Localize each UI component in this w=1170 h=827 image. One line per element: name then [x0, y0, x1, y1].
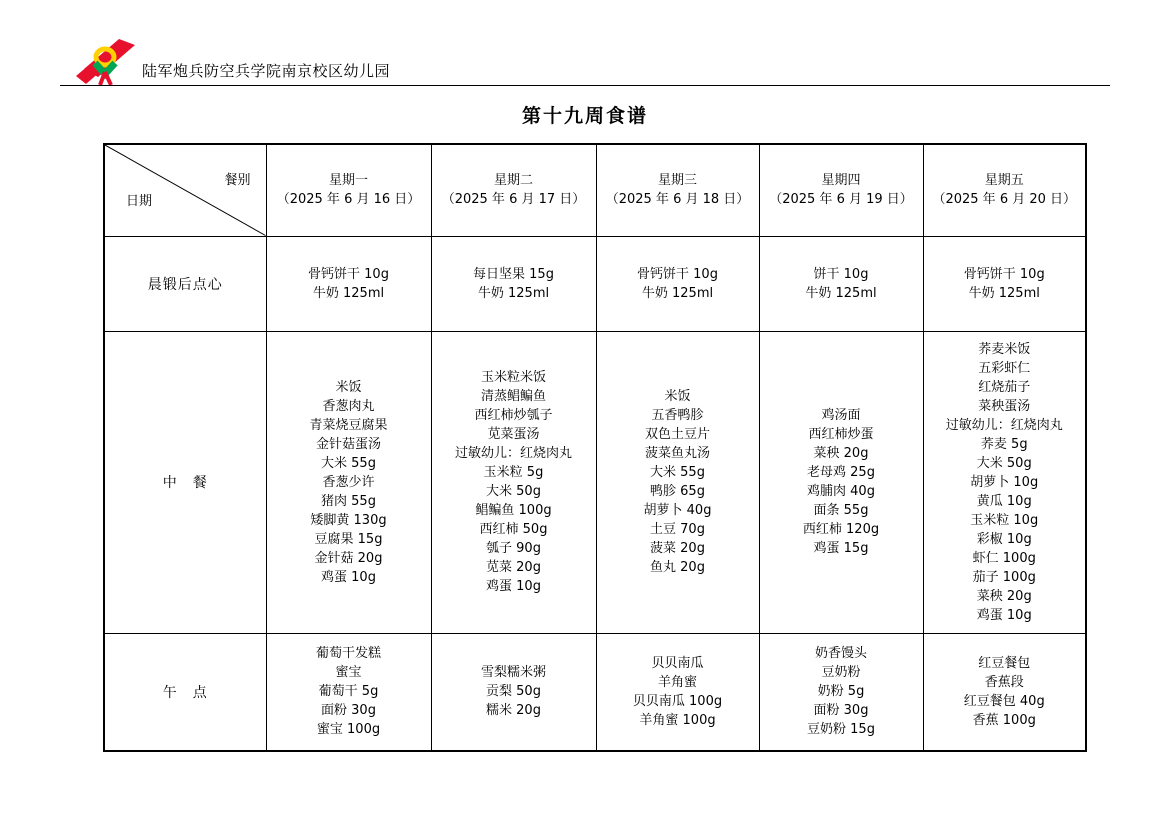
menu-cell-r1-c4: 饼干 10g牛奶 125ml [759, 236, 923, 331]
day-header-5: 星期五（2025 年 6 月 20 日） [923, 144, 1086, 236]
menu-item: 矮脚黄 130g [269, 511, 429, 530]
day-name: 星期四 [762, 171, 921, 190]
menu-cell-r3-c3: 贝贝南瓜羊角蜜贝贝南瓜 100g羊角蜜 100g [596, 633, 759, 751]
menu-item: 苋菜蛋汤 [434, 425, 594, 444]
menu-item: 玉米粒米饭 [434, 368, 594, 387]
menu-item: 鸡脯肉 40g [762, 482, 921, 501]
menu-item: 鸭胗 65g [599, 482, 757, 501]
menu-item: 大米 55g [599, 463, 757, 482]
day-name: 星期二 [434, 171, 594, 190]
day-name: 星期三 [599, 171, 757, 190]
menu-item: 青菜烧豆腐果 [269, 416, 429, 435]
menu-item: 香葱少许 [269, 473, 429, 492]
menu-item: 雪梨糯米粥 [434, 663, 594, 682]
menu-item: 鸡蛋 10g [269, 568, 429, 587]
menu-item: 香蕉段 [926, 673, 1084, 692]
menu-cell-r2-c2: 玉米粒米饭清蒸鲳鳊鱼西红柿炒瓠子苋菜蛋汤过敏幼儿：红烧肉丸玉米粒 5g大米 50… [431, 331, 596, 633]
menu-item: 茄子 100g [926, 568, 1084, 587]
menu-item: 红豆餐包 [926, 654, 1084, 673]
menu-item: 蜜宝 [269, 663, 429, 682]
menu-item: 鱼丸 20g [599, 558, 757, 577]
menu-cell-r3-c5: 红豆餐包香蕉段红豆餐包 40g香蕉 100g [923, 633, 1086, 751]
menu-cell-r1-c1: 骨钙饼干 10g牛奶 125ml [266, 236, 431, 331]
meal-label: 午 点 [104, 633, 266, 751]
menu-item: 牛奶 125ml [434, 284, 594, 303]
meal-label: 晨锻后点心 [104, 236, 266, 331]
menu-item: 贡梨 50g [434, 682, 594, 701]
menu-item: 鸡汤面 [762, 406, 921, 425]
meal-row-3: 午 点葡萄干发糕蜜宝葡萄干 5g面粉 30g蜜宝 100g雪梨糯米粥贡梨 50g… [104, 633, 1086, 751]
menu-item: 过敏幼儿：红烧肉丸 [926, 416, 1084, 435]
school-logo [74, 36, 138, 86]
document-page: 陆军炮兵防空兵学院南京校区幼儿园 第十九周食谱 餐别 日期 星期一（2025 年 [0, 0, 1170, 827]
menu-item: 鸡蛋 10g [926, 606, 1084, 625]
menu-item: 大米 50g [434, 482, 594, 501]
day-date: （2025 年 6 月 19 日） [762, 190, 921, 209]
day-name: 星期一 [269, 171, 429, 190]
menu-item: 金针菇蛋汤 [269, 435, 429, 454]
page-title: 第十九周食谱 [0, 101, 1170, 128]
menu-item: 胡萝卜 10g [926, 473, 1084, 492]
menu-item: 羊角蜜 100g [599, 711, 757, 730]
menu-item: 西红柿 50g [434, 520, 594, 539]
menu-item: 老母鸡 25g [762, 463, 921, 482]
table-body: 晨锻后点心骨钙饼干 10g牛奶 125ml每日坚果 15g牛奶 125ml骨钙饼… [104, 236, 1086, 751]
menu-item: 菜秧蛋汤 [926, 397, 1084, 416]
menu-item: 葡萄干发糕 [269, 644, 429, 663]
menu-cell-r2-c5: 荞麦米饭五彩虾仁红烧茄子菜秧蛋汤过敏幼儿：红烧肉丸荞麦 5g大米 50g胡萝卜 … [923, 331, 1086, 633]
menu-item: 牛奶 125ml [926, 284, 1084, 303]
menu-item: 贝贝南瓜 100g [599, 692, 757, 711]
menu-item: 苋菜 20g [434, 558, 594, 577]
menu-item: 菜秧 20g [926, 587, 1084, 606]
menu-item: 饼干 10g [762, 265, 921, 284]
menu-item: 每日坚果 15g [434, 265, 594, 284]
menu-item: 玉米粒 5g [434, 463, 594, 482]
meal-label: 中 餐 [104, 331, 266, 633]
menu-item: 豆腐果 15g [269, 530, 429, 549]
menu-item: 瓠子 90g [434, 539, 594, 558]
menu-item: 豆奶粉 [762, 663, 921, 682]
menu-item: 荞麦 5g [926, 435, 1084, 454]
day-name: 星期五 [926, 171, 1084, 190]
corner-date-label: 日期 [126, 190, 152, 209]
day-date: （2025 年 6 月 18 日） [599, 190, 757, 209]
meal-row-2: 中 餐米饭香葱肉丸青菜烧豆腐果金针菇蛋汤大米 55g香葱少许猪肉 55g矮脚黄 … [104, 331, 1086, 633]
menu-item: 五香鸭胗 [599, 406, 757, 425]
menu-item: 西红柿炒瓠子 [434, 406, 594, 425]
menu-item: 鸡蛋 10g [434, 577, 594, 596]
table-header-row: 餐别 日期 星期一（2025 年 6 月 16 日）星期二（2025 年 6 月… [104, 144, 1086, 236]
menu-cell-r2-c1: 米饭香葱肉丸青菜烧豆腐果金针菇蛋汤大米 55g香葱少许猪肉 55g矮脚黄 130… [266, 331, 431, 633]
menu-item: 米饭 [269, 378, 429, 397]
day-header-2: 星期二（2025 年 6 月 17 日） [431, 144, 596, 236]
menu-item: 面粉 30g [762, 701, 921, 720]
day-date: （2025 年 6 月 16 日） [269, 190, 429, 209]
menu-item: 大米 50g [926, 454, 1084, 473]
corner-cell: 餐别 日期 [104, 144, 266, 236]
menu-item: 香葱肉丸 [269, 397, 429, 416]
menu-item: 彩椒 10g [926, 530, 1084, 549]
menu-item: 土豆 70g [599, 520, 757, 539]
day-date: （2025 年 6 月 17 日） [434, 190, 594, 209]
menu-item: 奶香馒头 [762, 644, 921, 663]
menu-item: 菜秧 20g [762, 444, 921, 463]
menu-item: 金针菇 20g [269, 549, 429, 568]
menu-item: 鲳鳊鱼 100g [434, 501, 594, 520]
menu-item: 豆奶粉 15g [762, 720, 921, 739]
weekly-menu-table: 餐别 日期 星期一（2025 年 6 月 16 日）星期二（2025 年 6 月… [103, 143, 1087, 752]
menu-item: 奶粉 5g [762, 682, 921, 701]
day-header-4: 星期四（2025 年 6 月 19 日） [759, 144, 923, 236]
menu-item: 菠菜鱼丸汤 [599, 444, 757, 463]
menu-item: 羊角蜜 [599, 673, 757, 692]
menu-item: 骨钙饼干 10g [269, 265, 429, 284]
menu-cell-r3-c4: 奶香馒头豆奶粉奶粉 5g面粉 30g豆奶粉 15g [759, 633, 923, 751]
menu-cell-r2-c4: 鸡汤面西红柿炒蛋菜秧 20g老母鸡 25g鸡脯肉 40g面条 55g西红柿 12… [759, 331, 923, 633]
menu-cell-r1-c2: 每日坚果 15g牛奶 125ml [431, 236, 596, 331]
menu-item: 黄瓜 10g [926, 492, 1084, 511]
menu-item: 西红柿 120g [762, 520, 921, 539]
menu-item: 西红柿炒蛋 [762, 425, 921, 444]
menu-item: 蜜宝 100g [269, 720, 429, 739]
menu-item: 骨钙饼干 10g [926, 265, 1084, 284]
menu-item: 米饭 [599, 387, 757, 406]
menu-item: 贝贝南瓜 [599, 654, 757, 673]
menu-cell-r1-c3: 骨钙饼干 10g牛奶 125ml [596, 236, 759, 331]
menu-item: 红豆餐包 40g [926, 692, 1084, 711]
school-name: 陆军炮兵防空兵学院南京校区幼儿园 [142, 60, 390, 81]
menu-item: 葡萄干 5g [269, 682, 429, 701]
menu-cell-r1-c5: 骨钙饼干 10g牛奶 125ml [923, 236, 1086, 331]
menu-cell-r3-c2: 雪梨糯米粥贡梨 50g糯米 20g [431, 633, 596, 751]
menu-item: 糯米 20g [434, 701, 594, 720]
menu-item: 五彩虾仁 [926, 359, 1084, 378]
menu-item: 牛奶 125ml [762, 284, 921, 303]
menu-item: 猪肉 55g [269, 492, 429, 511]
menu-item: 面粉 30g [269, 701, 429, 720]
menu-item: 清蒸鲳鳊鱼 [434, 387, 594, 406]
menu-cell-r3-c1: 葡萄干发糕蜜宝葡萄干 5g面粉 30g蜜宝 100g [266, 633, 431, 751]
menu-item: 菠菜 20g [599, 539, 757, 558]
corner-meal-type-label: 餐别 [224, 169, 250, 188]
menu-item: 玉米粒 10g [926, 511, 1084, 530]
menu-cell-r2-c3: 米饭五香鸭胗双色土豆片菠菜鱼丸汤大米 55g鸭胗 65g胡萝卜 40g土豆 70… [596, 331, 759, 633]
menu-item: 虾仁 100g [926, 549, 1084, 568]
meal-row-1: 晨锻后点心骨钙饼干 10g牛奶 125ml每日坚果 15g牛奶 125ml骨钙饼… [104, 236, 1086, 331]
menu-item: 面条 55g [762, 501, 921, 520]
menu-item: 鸡蛋 15g [762, 539, 921, 558]
menu-item: 骨钙饼干 10g [599, 265, 757, 284]
header-divider [60, 85, 1110, 86]
menu-item: 牛奶 125ml [269, 284, 429, 303]
menu-item: 过敏幼儿：红烧肉丸 [434, 444, 594, 463]
menu-item: 牛奶 125ml [599, 284, 757, 303]
day-date: （2025 年 6 月 20 日） [926, 190, 1084, 209]
day-header-1: 星期一（2025 年 6 月 16 日） [266, 144, 431, 236]
menu-item: 荞麦米饭 [926, 340, 1084, 359]
menu-item: 大米 55g [269, 454, 429, 473]
day-header-3: 星期三（2025 年 6 月 18 日） [596, 144, 759, 236]
menu-item: 红烧茄子 [926, 378, 1084, 397]
menu-item: 胡萝卜 40g [599, 501, 757, 520]
menu-item: 香蕉 100g [926, 711, 1084, 730]
menu-item: 双色土豆片 [599, 425, 757, 444]
